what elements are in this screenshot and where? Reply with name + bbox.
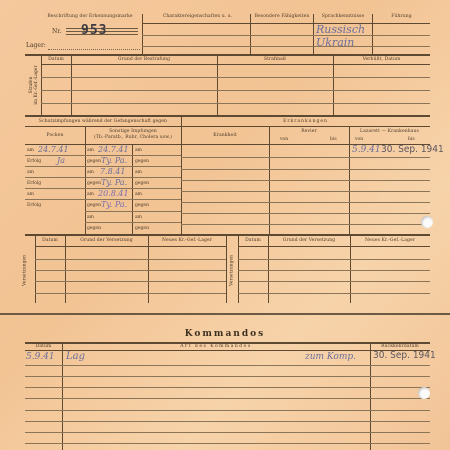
col-other-vacc-sub: (Tb.-Paratb., Ruhr, Cholera usw.) [85,135,181,140]
smallpox-result-label-3: Erfolg [27,203,41,208]
kommando-return-stamp-1: 30. Sep. 1941 [373,350,436,361]
kommando-col-type: Art des Kommandos [62,344,370,349]
punch-hole-bottom [418,387,430,399]
hospital-to-stamp: 30. Sep. 1941 [381,144,444,155]
recognition-mark-label: Beschriftung der Erkennungsmarke [40,14,140,19]
transfer-left-col-camp: Neues Kr.-Gef.-Lager [148,238,226,243]
col-revier-from: von [280,137,288,142]
record-card: Beschriftung der Erkennungsmarke Nr. 953… [0,0,450,450]
other2-against-label-4: gegen [135,226,149,231]
smallpox-result-label-1: Erfolg [27,159,41,164]
col-illness: Krankheit [181,133,269,138]
other-against-label-4: gegen [87,226,101,231]
kommandos-title: Kommandos [0,329,450,339]
other-am-label-2: am [87,170,94,175]
smallpox-date-1: 24.7.41 [38,145,69,154]
transfers-side-label-right: Versetzungen [230,236,235,306]
hospital-from-date: 5.9.41 [352,145,381,155]
punish-col-date: Datum [41,57,71,62]
abilities-label: Besondere Fähigkeiten [251,14,313,19]
other2-against-label-1: gegen [135,159,149,164]
smallpox-am-label-3: am [27,192,34,197]
punishments-side-label: Strafenim Kr.-Gef.-Lager [29,55,39,115]
transfer-left-col-date: Datum [35,238,65,243]
smallpox-result-1: Ja [57,156,65,165]
transfer-right-col-date: Datum [238,238,268,243]
col-other-vacc: Sonstige Impfungen [85,129,181,134]
transfer-right-col-reason: Grund der Versetzung [268,238,350,243]
other-date-3: 20.8.41 [98,189,129,198]
punch-hole-top [421,216,433,228]
col-hospital-to: bis [408,137,415,142]
transfers-side-label-left: Versetzungen [23,236,28,306]
other-date-2: 7.8.41 [100,167,125,176]
kommando-note-1: zum Komp. [305,352,356,362]
punish-col-measure: Strafmaß [217,57,333,62]
kommando-col-date: Datum [25,344,62,349]
other2-am-label-1: am [135,148,142,153]
transfer-left-col-reason: Grund der Versetzung [65,238,148,243]
col-hospital: Lazarett — Krankenhaus [349,129,430,134]
other2-against-label-3: gegen [135,203,149,208]
other-am-label-4: am [87,215,94,220]
recognition-number: Nr. 953 [48,25,143,37]
other2-am-label-2: am [135,170,142,175]
col-revier-to: bis [330,137,337,142]
smallpox-result-label-2: Erfolg [27,181,41,186]
other-against-2: Ty. Pa. [101,178,127,187]
other-date-1: 24.7.41 [98,145,129,154]
other2-against-label-2: gegen [135,181,149,186]
other2-am-label-4: am [135,215,142,220]
col-hospital-from: von [355,137,363,142]
kommando-date-1: 5.9.41 [26,352,55,362]
col-revier: Revier [269,129,349,134]
smallpox-am-label-2: am [27,170,34,175]
vaccinations-title: Schutzimpfungen während der Gefangenscha… [25,119,181,124]
smallpox-am-label-1: am [27,148,34,153]
languages-label: Sprachkenntnisse [314,14,372,19]
other-against-label-3: gegen [87,203,101,208]
prisoner-number: 953 [81,23,107,38]
camp-field[interactable] [48,49,140,50]
punish-col-served: Verbüßt, Datum [333,57,430,62]
other-am-label-3: am [87,192,94,197]
camp-label: Lager: [26,42,46,49]
kommando-col-return: Rückkehrdatum [370,344,430,349]
other-against-label-1: gegen [87,159,101,164]
conduct-label: Führung [373,14,430,19]
language-ukrainian: Ukrain [316,36,354,49]
other2-am-label-3: am [135,192,142,197]
language-russian: Russisch [316,23,365,36]
illnesses-title: Erkrankungen [181,119,430,124]
kommando-type-1: Lag [66,351,85,362]
transfer-right-col-camp: Neues Kr.-Gef.-Lager [350,238,430,243]
other-against-3: Ty. Pa. [101,200,127,209]
other-against-1: Ty. Pa. [101,156,127,165]
col-smallpox: Pocken [25,133,85,138]
punish-col-reason: Grund der Bestrafung [71,57,217,62]
other-against-label-2: gegen [87,181,101,186]
other-am-label-1: am [87,148,94,153]
character-label: Charaktereigenschaften u. a. [145,14,250,19]
number-prefix: Nr. [52,28,61,35]
